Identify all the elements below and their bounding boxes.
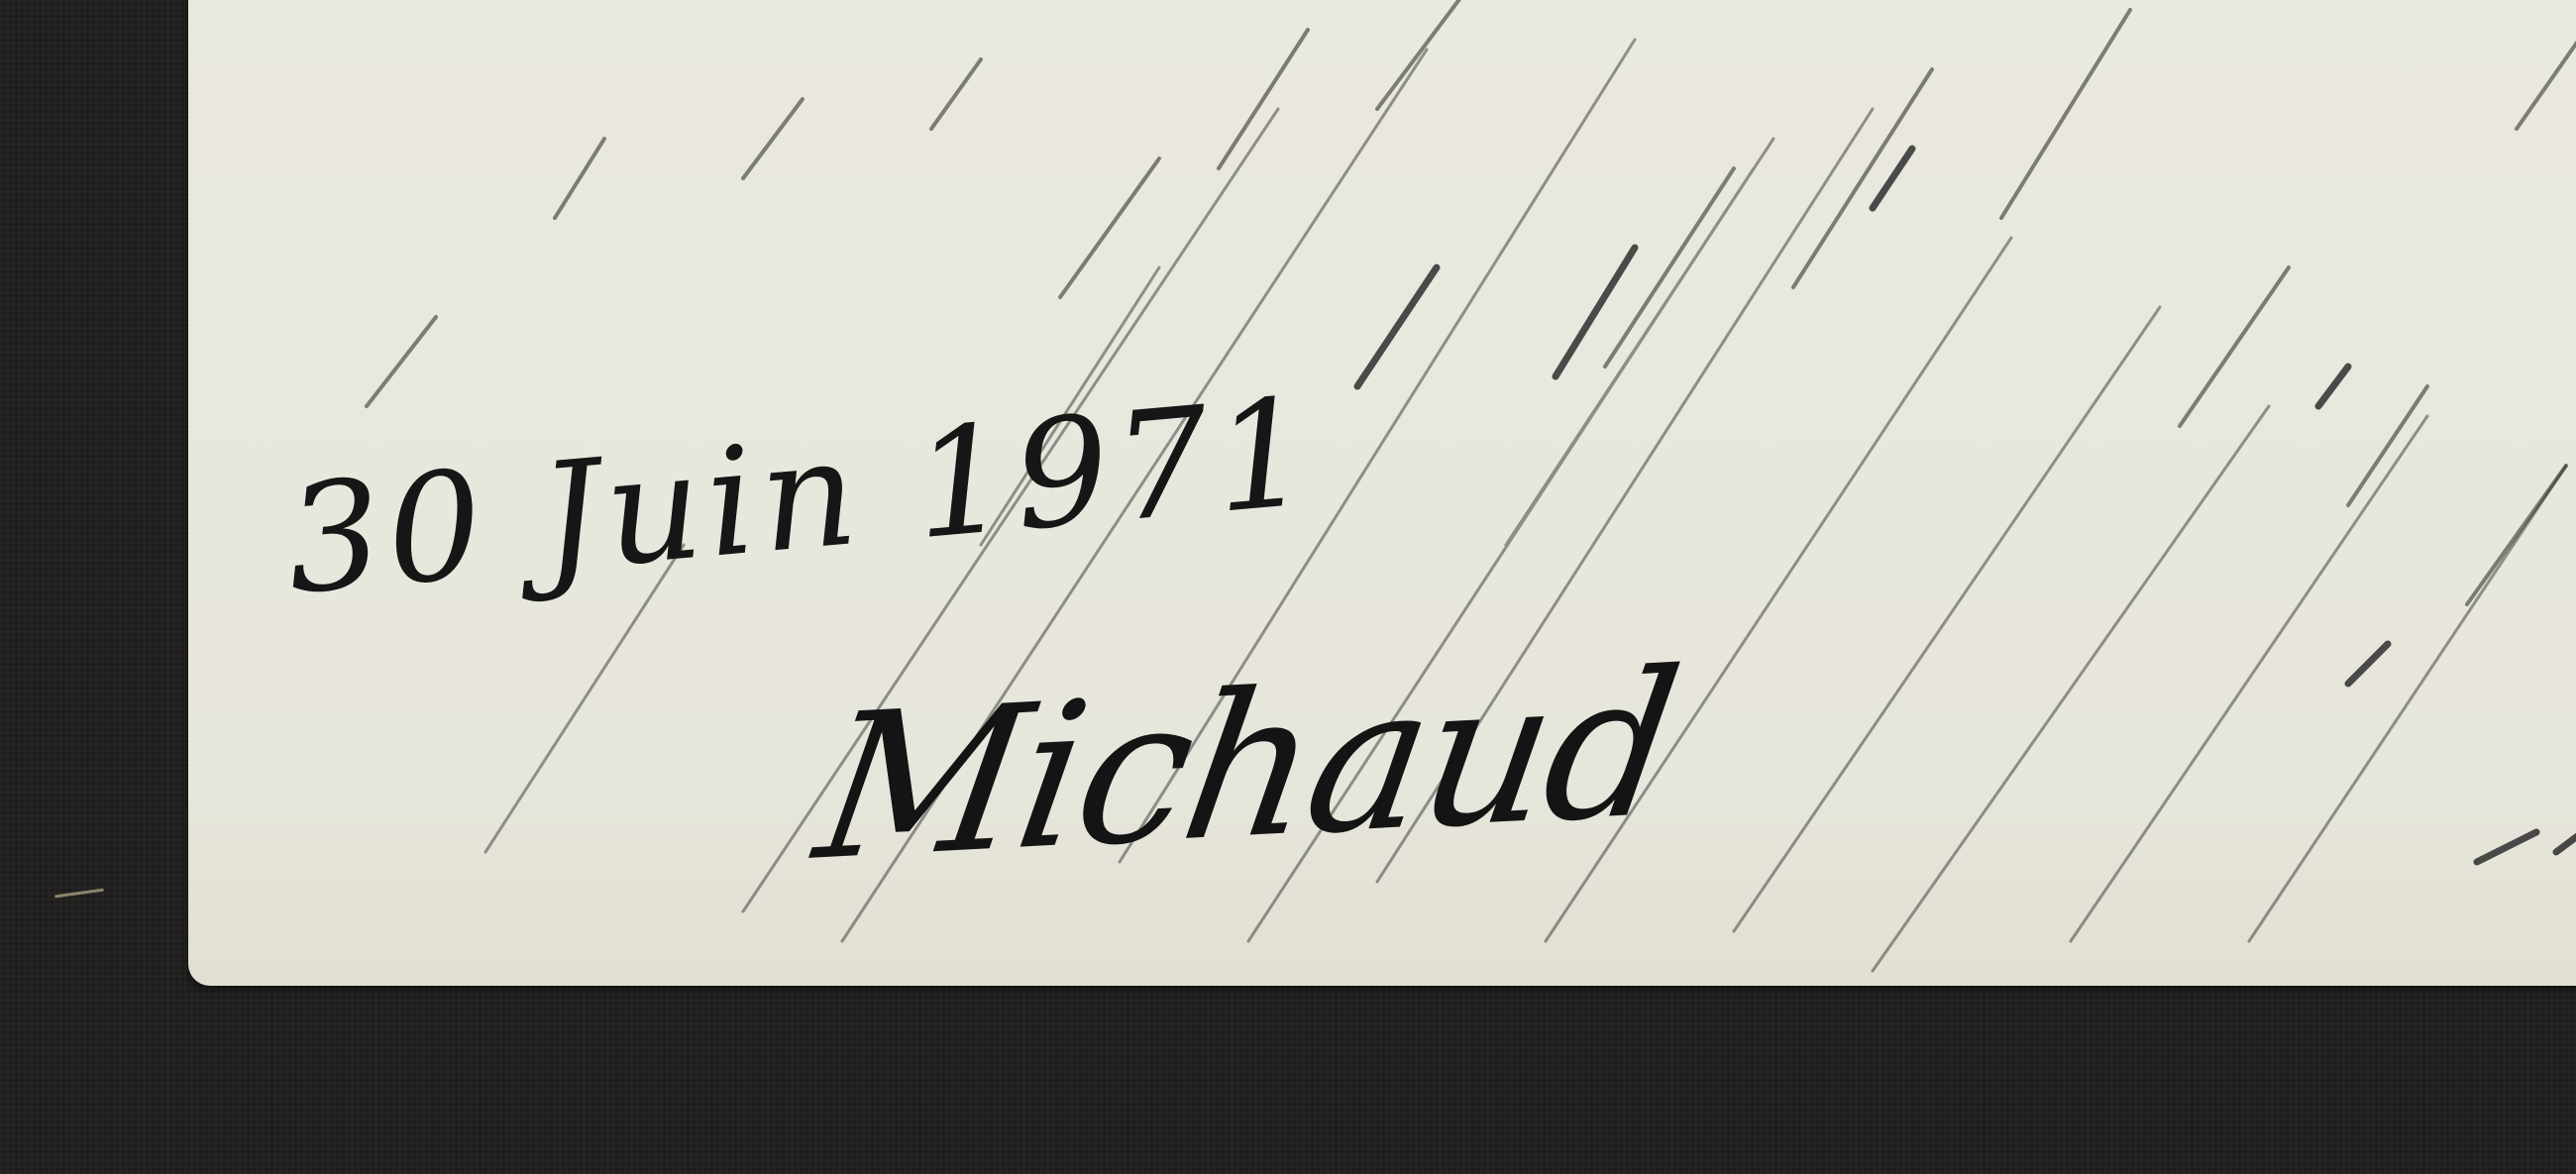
- artist-signature: Michaud: [804, 628, 1689, 906]
- drawing-paper: 30 Juin 1971 Michaud: [188, 0, 2576, 986]
